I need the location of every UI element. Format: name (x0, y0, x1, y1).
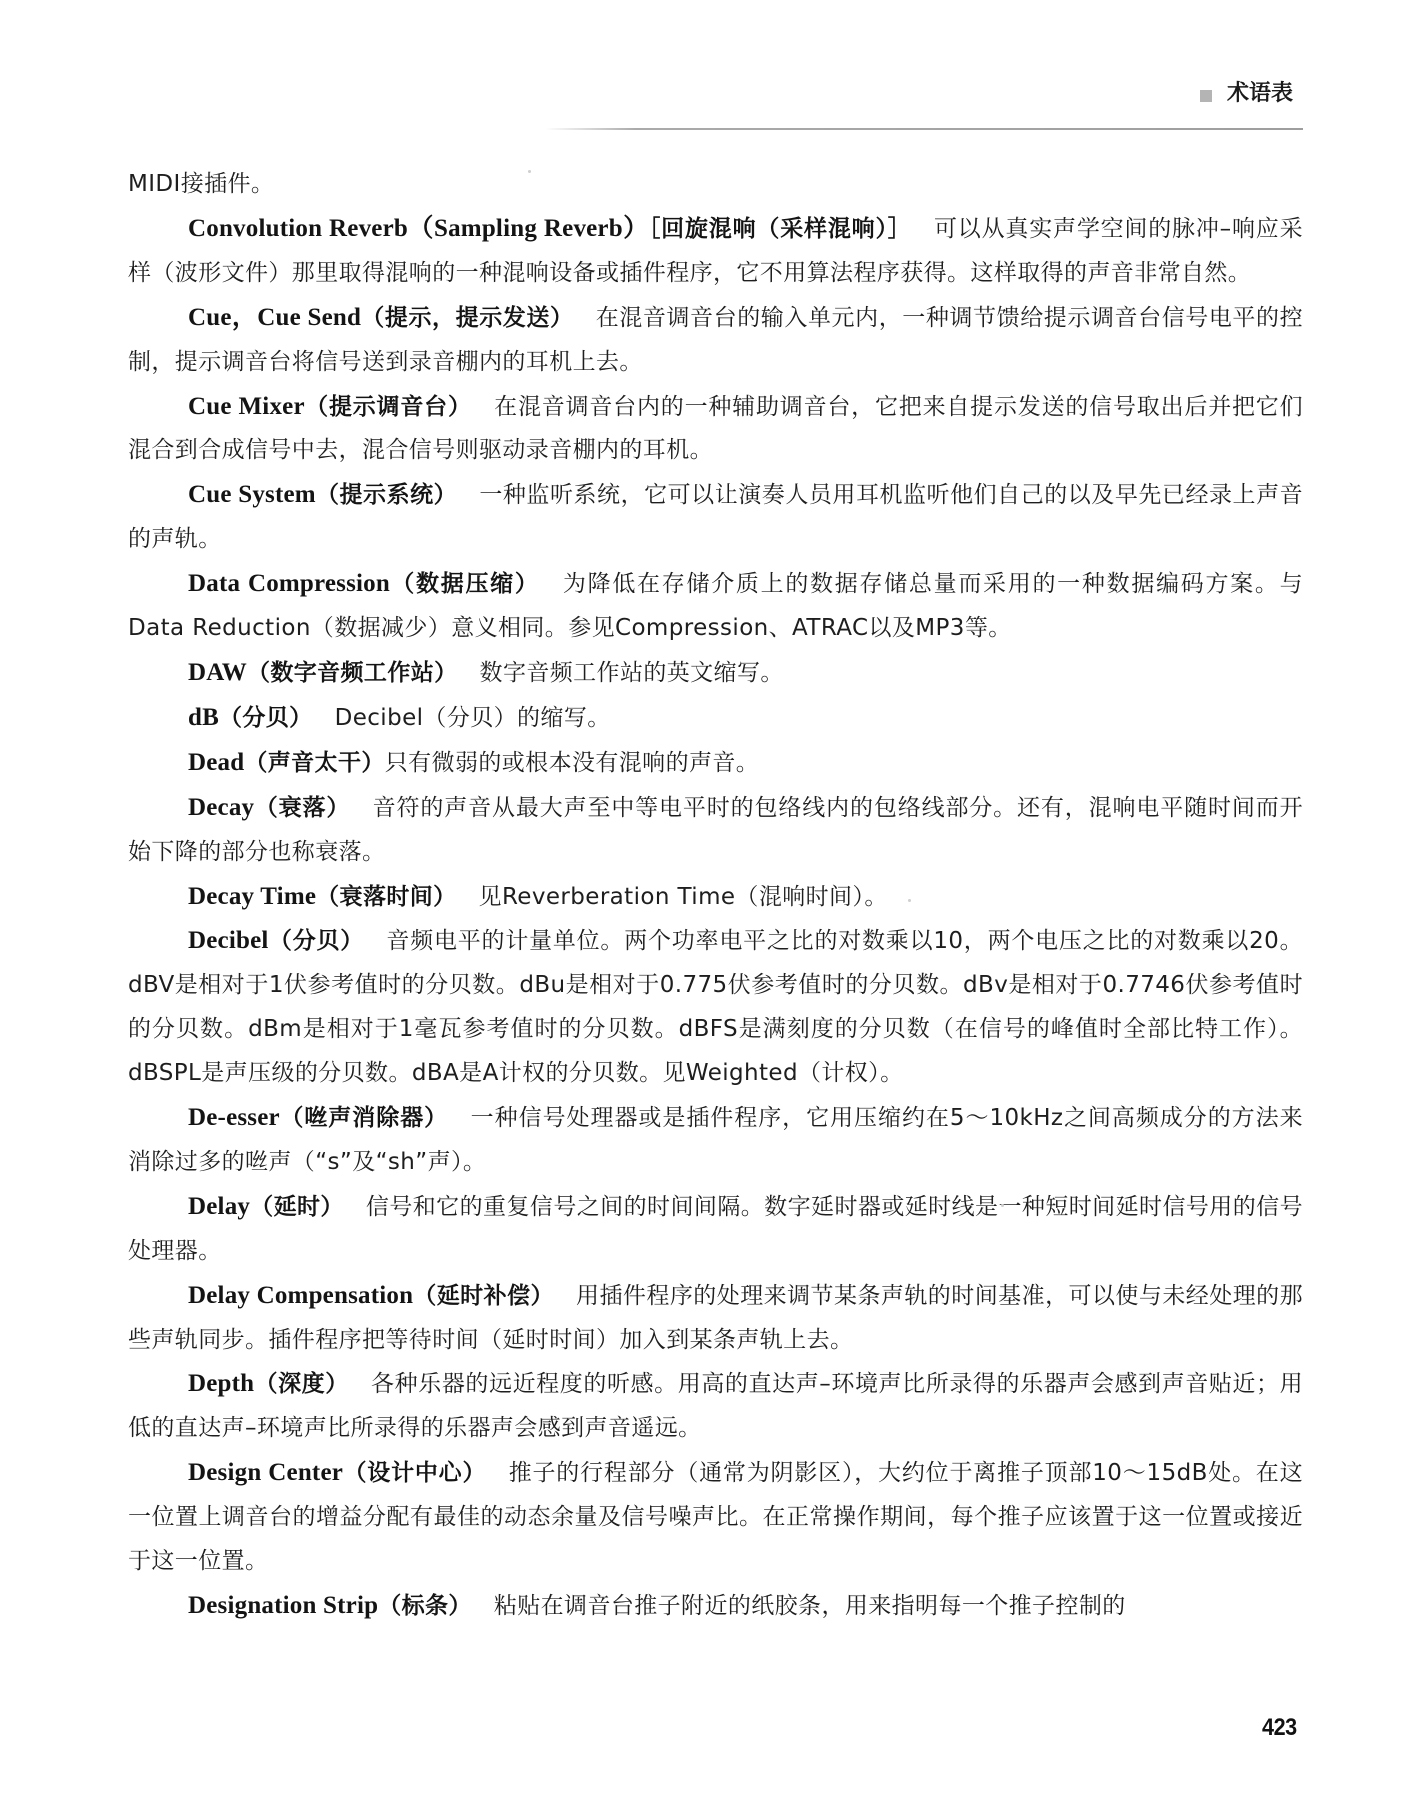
section-title: 术语表 (1227, 78, 1293, 110)
entry-term: Depth (188, 1370, 254, 1397)
header-divider (545, 128, 1303, 130)
glossary-entry-decibel: Decibel（分贝）音频电平的计量单位。两个功率电平之比的对数乘以10，两个电… (128, 919, 1303, 1096)
entry-definition: Decibel（分贝）的缩写。 (335, 705, 611, 731)
continuation-text: MIDI接插件。 (128, 163, 1303, 207)
entry-term: dB (188, 704, 219, 731)
entry-term: Decay Time (188, 883, 316, 910)
entry-term-cn: （提示，提示发送） (361, 305, 573, 331)
glossary-entry-data-compression: Data Compression（数据压缩）为降低在存储介质上的数据存储总量而采… (128, 562, 1303, 651)
glossary-entry-design-center: Design Center（设计中心）推子的行程部分（通常为阴影区），大约位于离… (128, 1451, 1303, 1584)
glossary-entry-dead: Dead（声音太干）只有微弱的或根本没有混响的声音。 (128, 741, 1303, 786)
scan-speck (908, 899, 911, 902)
entry-term-cn: （分贝） (269, 928, 365, 954)
entry-term: Dead (188, 749, 244, 776)
entry-term: Cue，Cue Send (188, 304, 361, 331)
entry-term: Designation Strip (188, 1592, 378, 1619)
glossary-entry-de-esser: De-esser（咝声消除器）一种信号处理器或是插件程序，它用压缩约在5～10k… (128, 1096, 1303, 1185)
entry-definition: 粘贴在调音台推子附近的纸胶条，用来指明每一个推子控制的 (494, 1593, 1126, 1619)
glossary-entry-decay: Decay（衰落）音符的声音从最大声至中等电平时的包络线内的包络线部分。还有，混… (128, 786, 1303, 875)
glossary-entry-daw: DAW（数字音频工作站）数字音频工作站的英文缩写。 (128, 651, 1303, 696)
entry-term: De-esser (188, 1104, 280, 1131)
entry-term-cn: （数字音频工作站） (247, 660, 458, 686)
entry-term: Cue Mixer (188, 393, 305, 420)
entry-term: Delay (188, 1193, 250, 1220)
glossary-entry-db: dB（分贝）Decibel（分贝）的缩写。 (128, 696, 1303, 741)
entry-term-cn: ［回旋混响（采样混响）］ (649, 216, 912, 242)
glossary-entry-cue-system: Cue System（提示系统）一种监听系统，它可以让演奏人员用耳机监听他们自己… (128, 473, 1303, 562)
square-bullet-icon (1200, 90, 1212, 102)
scan-speck (1001, 1204, 1004, 1207)
entry-term: DAW (188, 659, 247, 686)
entry-term: Data Compression (188, 570, 390, 597)
entry-term-cn: （设计中心） (343, 1460, 486, 1486)
glossary-entry-convolution-reverb: Convolution Reverb（Sampling Reverb）［回旋混响… (128, 207, 1303, 296)
scan-speck (528, 170, 531, 173)
running-header: 术语表 (0, 78, 1303, 130)
entry-term-cn: （延时） (250, 1194, 344, 1220)
glossary-body: MIDI接插件。 Convolution Reverb（Sampling Rev… (128, 163, 1303, 1629)
entry-term-cn: （衰落时间） (316, 884, 456, 910)
entry-term: Delay Compensation (188, 1282, 413, 1309)
entry-term: Design Center (188, 1459, 343, 1486)
glossary-entry-depth: Depth（深度）各种乐器的远近程度的听感。用高的直达声–环境声比所录得的乐器声… (128, 1362, 1303, 1451)
entry-definition: 数字音频工作站的英文缩写。 (480, 660, 784, 686)
glossary-entry-delay: Delay（延时）信号和它的重复信号之间的时间间隔。数字延时器或延时线是一种短时… (128, 1185, 1303, 1274)
entry-term-cn: （衰落） (254, 795, 350, 821)
entry-term-cn: （数据压缩） (390, 571, 540, 597)
entry-term-cn: （标条） (378, 1593, 472, 1619)
entry-term-cn: （咝声消除器） (280, 1105, 448, 1131)
glossary-entry-delay-compensation: Delay Compensation（延时补偿）用插件程序的处理来调节某条声轨的… (128, 1274, 1303, 1363)
entry-term: Decay (188, 794, 254, 821)
entry-term: Cue System (188, 481, 316, 508)
glossary-entry-cue-send: Cue，Cue Send（提示，提示发送）在混音调音台的输入单元内，一种调节馈给… (128, 296, 1303, 385)
entry-term: Decibel (188, 927, 269, 954)
entry-term-cn: （延时补偿） (413, 1283, 554, 1309)
glossary-entry-designation-strip: Designation Strip（标条）粘贴在调音台推子附近的纸胶条，用来指明… (128, 1584, 1303, 1629)
entry-term: Convolution Reverb（Sampling Reverb） (188, 215, 649, 242)
glossary-entry-cue-mixer: Cue Mixer（提示调音台）在混音调音台内的一种辅助调音台，它把来自提示发送… (128, 385, 1303, 474)
entry-term-cn: （深度） (254, 1371, 349, 1397)
entry-term-cn: （提示系统） (316, 482, 457, 508)
glossary-entry-decay-time: Decay Time（衰落时间）见Reverberation Time（混响时间… (128, 875, 1303, 920)
entry-definition: 见Reverberation Time（混响时间）。 (479, 884, 888, 910)
entry-definition: 只有微弱的或根本没有混响的声音。 (385, 750, 759, 776)
entry-term-cn: （分贝） (219, 705, 313, 731)
entry-term-cn: （提示调音台） (305, 394, 472, 420)
page-number: 423 (1262, 1714, 1297, 1742)
entry-term-cn: （声音太干） (244, 750, 384, 776)
